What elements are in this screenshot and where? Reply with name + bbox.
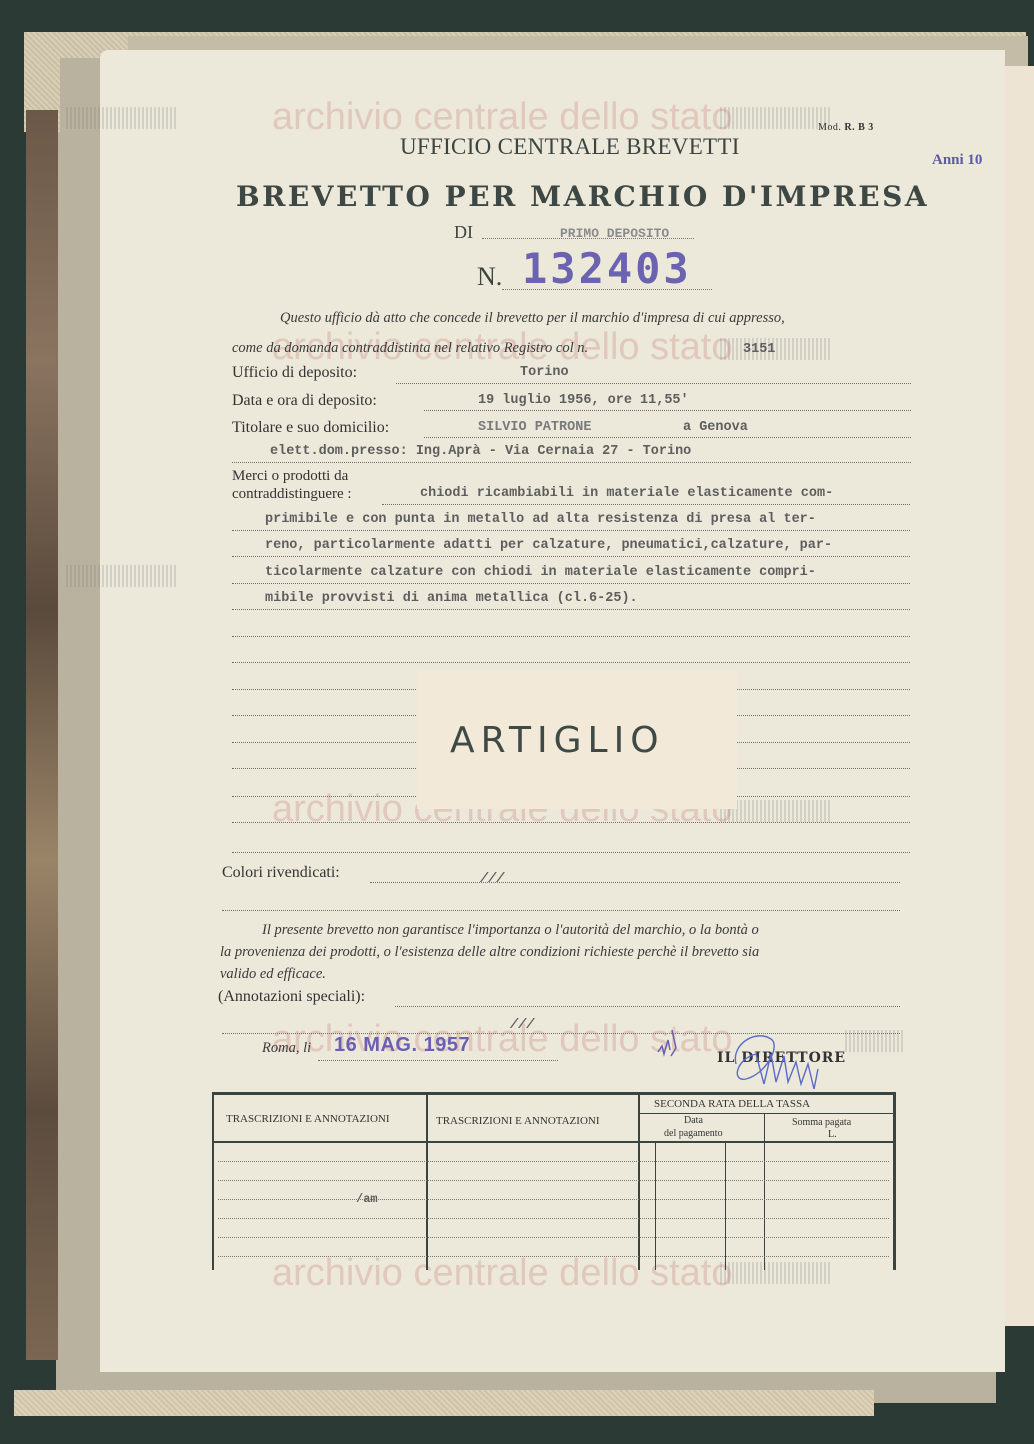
goods-line-text: ticolarmente calzature con chiodi in mat… <box>265 565 816 580</box>
trademark-name: ARTIGLIO <box>450 720 665 761</box>
subheader: Somma pagata <box>792 1117 851 1128</box>
disclaimer-line-1: Il presente brevetto non garantisce l'im… <box>262 922 759 939</box>
address-line <box>232 462 911 463</box>
colors-value: /// <box>480 872 504 887</box>
table-row <box>218 1256 889 1257</box>
marbled-spine <box>26 110 58 1360</box>
goods-line <box>232 530 910 531</box>
issue-date-stamp: 16 MAG. 1957 <box>334 1034 470 1057</box>
disclaimer-line-3: valido ed efficace. <box>220 966 326 983</box>
clerk-initials: /am <box>356 1192 378 1206</box>
table-row <box>218 1237 889 1238</box>
goods-line <box>232 583 910 584</box>
transcriptions-table: TRASCRIZIONI E ANNOTAZIONI TRASCRIZIONI … <box>212 1092 896 1270</box>
model-code-prefix: Mod. <box>818 122 841 133</box>
table-row <box>218 1218 889 1219</box>
goods-line-text: reno, particolarmente adatti per calzatu… <box>265 538 832 553</box>
office-label: Ufficio di deposito: <box>232 364 357 382</box>
table-row <box>218 1199 889 1200</box>
table-divider <box>426 1095 428 1270</box>
patent-number-stamp: 132403 <box>522 244 692 293</box>
date-label: Data e ora di deposito: <box>232 392 377 410</box>
signature-icon <box>726 1024 836 1096</box>
goods-label-1: Merci o prodotti da <box>232 468 348 485</box>
goods-line-text: mibile provvisti di anima metallica (cl.… <box>265 591 638 606</box>
goods-line <box>232 556 910 557</box>
blank-line <box>232 822 910 823</box>
colors-label: Colori rivendicati: <box>222 864 340 882</box>
disclaimer-line-2: la provenienza dei prodotti, o l'esisten… <box>220 944 759 961</box>
office-value: Torino <box>520 365 569 380</box>
group-header-rule <box>638 1113 893 1114</box>
goods-line <box>232 609 910 610</box>
day-divider <box>655 1143 656 1270</box>
document-title: BREVETTO PER MARCHIO D'IMPRESA <box>236 180 929 213</box>
column-header: TRASCRIZIONI E ANNOTAZIONI <box>226 1113 390 1125</box>
month-divider <box>725 1143 726 1270</box>
deposit-type: PRIMO DEPOSITO <box>560 226 669 241</box>
di-label: DI <box>454 222 473 243</box>
register-number: 3151 <box>743 342 775 357</box>
header-rule <box>214 1141 893 1143</box>
deposit-date-value: 19 luglio 1956, ore 11,55' <box>478 393 689 408</box>
holder-line <box>424 437 911 438</box>
years-stamp: Anni 10 <box>932 152 982 169</box>
place-label: Roma, li <box>262 1040 311 1057</box>
blank-line <box>232 662 910 663</box>
ink-mark-icon <box>654 1020 680 1060</box>
model-code-value: R. B 3 <box>844 122 873 133</box>
holder-address: elett.dom.presso: Ing.Aprà - Via Cernaia… <box>270 444 691 459</box>
model-code: Mod. R. B 3 <box>818 122 874 133</box>
annotations-label: (Annotazioni speciali): <box>218 988 365 1006</box>
goods-line <box>382 504 910 505</box>
blank-line <box>232 852 910 853</box>
holder-label: Titolare e suo domicilio: <box>232 419 389 437</box>
annotations-value: /// <box>510 1018 534 1033</box>
date-dotted-line <box>318 1060 558 1061</box>
adjacent-page-edge <box>1004 66 1034 1326</box>
holder-name: SILVIO PATRONE <box>478 420 591 435</box>
intro-line-1: Questo ufficio dà atto che concede il br… <box>280 310 785 327</box>
subheader: L. <box>828 1129 837 1140</box>
blank-line <box>222 910 900 911</box>
blank-line <box>232 636 910 637</box>
colors-line <box>370 882 900 883</box>
watermark-barcode <box>66 565 176 587</box>
office-heading: UFFICIO CENTRALE BREVETTI <box>400 134 740 160</box>
binding-cloth-bottom <box>14 1390 874 1416</box>
column-header: TRASCRIZIONI E ANNOTAZIONI <box>436 1115 600 1127</box>
goods-line-text: primibile e con punta in metallo ad alta… <box>265 512 816 527</box>
subheader: del pagamento <box>664 1128 723 1139</box>
annotations-line <box>395 1006 900 1007</box>
goods-label-2: contraddistinguere : <box>232 486 352 503</box>
goods-line-text: chiodi ricambiabili in materiale elastic… <box>420 486 833 501</box>
office-line <box>396 383 911 384</box>
date-line <box>424 410 911 411</box>
watermark-barcode <box>720 107 830 129</box>
holder-city: a Genova <box>683 420 748 435</box>
intro-line-2: come da domanda contraddistinta nel rela… <box>232 340 588 357</box>
table-divider <box>638 1095 640 1270</box>
group-header: SECONDA RATA DELLA TASSA <box>654 1098 810 1110</box>
table-row <box>218 1161 889 1162</box>
watermark-barcode <box>66 107 176 129</box>
subheader: Data <box>684 1115 703 1126</box>
table-row <box>218 1180 889 1181</box>
number-label: N. <box>477 262 502 292</box>
table-divider <box>764 1113 765 1270</box>
watermark-text: archivio centrale dello stato <box>272 96 732 139</box>
